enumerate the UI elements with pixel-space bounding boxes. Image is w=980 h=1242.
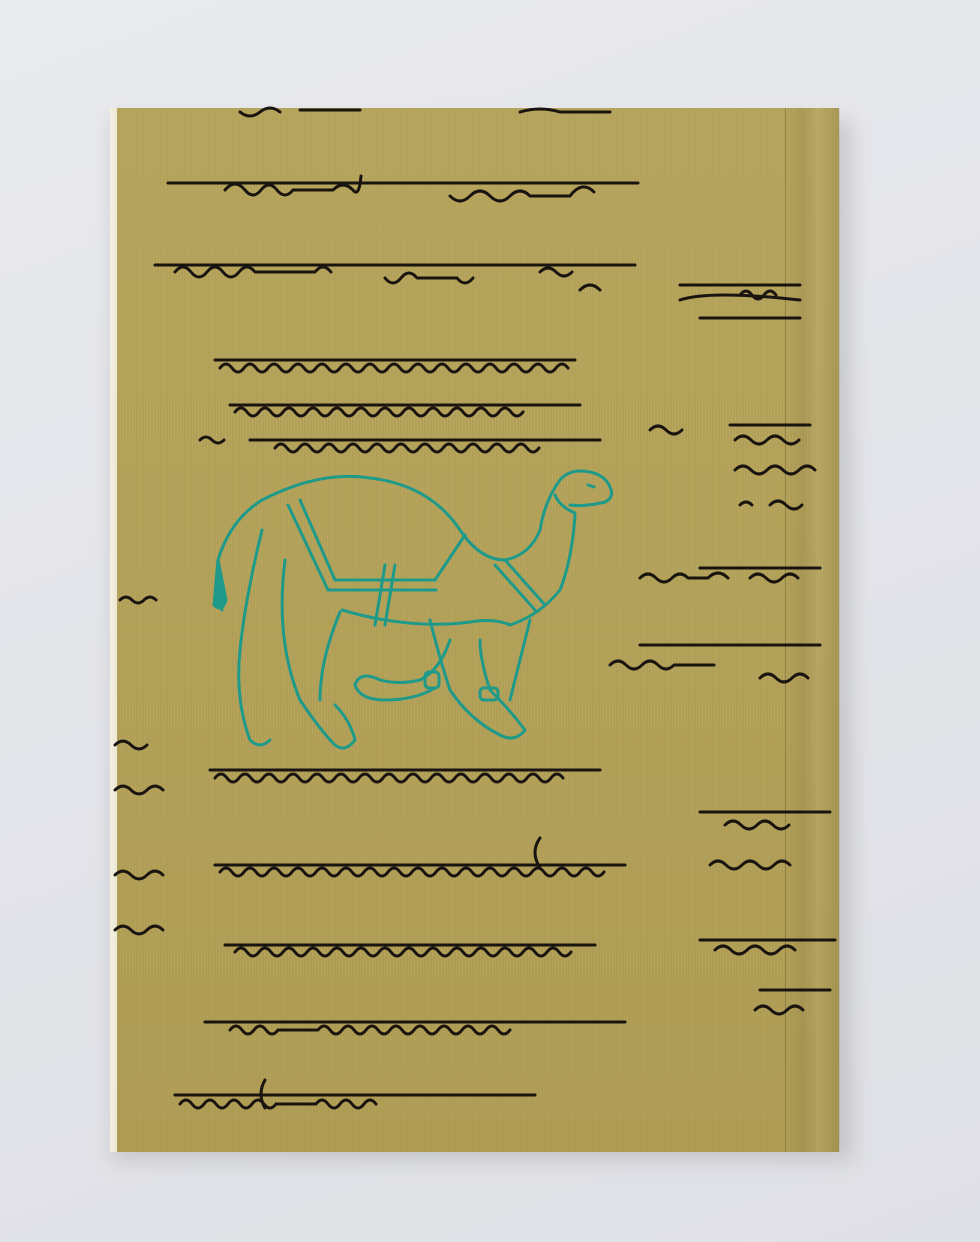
camel-illustration [214,471,612,748]
cover-artwork [0,0,980,1242]
